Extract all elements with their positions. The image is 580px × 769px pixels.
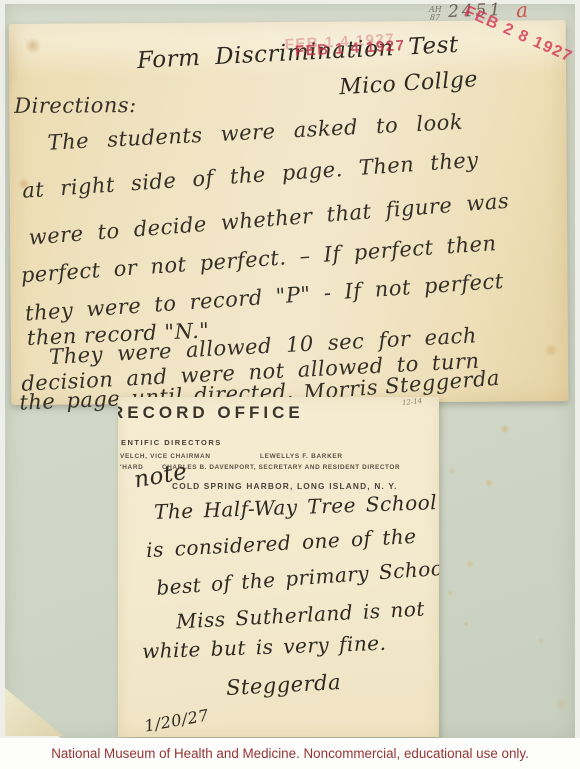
signature-steggerda: Steggerda [225, 670, 341, 700]
directions-line: at right side of the page. Then they [21, 148, 479, 203]
letterhead-office: RECORD OFFICE [118, 403, 304, 423]
scanned-document-page: { "scan": { "catalog_number": "2451", "c… [0, 0, 580, 769]
date-written: 1/20/27 [143, 705, 210, 735]
school-name: Mico Collge [338, 67, 478, 100]
note2-line: The Half-Way Tree School [154, 490, 438, 524]
note2-line: Miss Sutherland is not [176, 597, 426, 634]
letterhead-director: CHARLES B. DAVENPORT, SECRETARY AND RESI… [162, 464, 400, 471]
note2-line: best of the primary Schools. [156, 554, 439, 600]
directions-heading: Directions: [14, 93, 137, 118]
credit-caption: National Museum of Health and Medicine. … [51, 746, 529, 761]
letterhead-director: LEWELLYS F. BARKER [260, 453, 343, 460]
letterhead-directors-heading: ENTIFIC DIRECTORS [121, 438, 222, 447]
note2-line: is considered one of the [146, 524, 418, 562]
note2-line: white but is very fine. [142, 631, 387, 664]
pencil-mark-note2: 12-14 [402, 397, 423, 407]
letterhead-address: COLD SPRING HARBOR, LONG ISLAND, N. Y. [172, 481, 398, 491]
credit-strip: National Museum of Health and Medicine. … [0, 738, 580, 769]
letterhead-director: VELCH, VICE CHAIRMAN [120, 453, 211, 460]
catalog-suffix: a [515, 0, 529, 22]
handwritten-note-top: Form Discrimination Test Mico Collge Dir… [9, 20, 569, 405]
letterhead-note-bottom: RECORD OFFICE 12-14 ENTIFIC DIRECTORS VE… [118, 397, 439, 737]
